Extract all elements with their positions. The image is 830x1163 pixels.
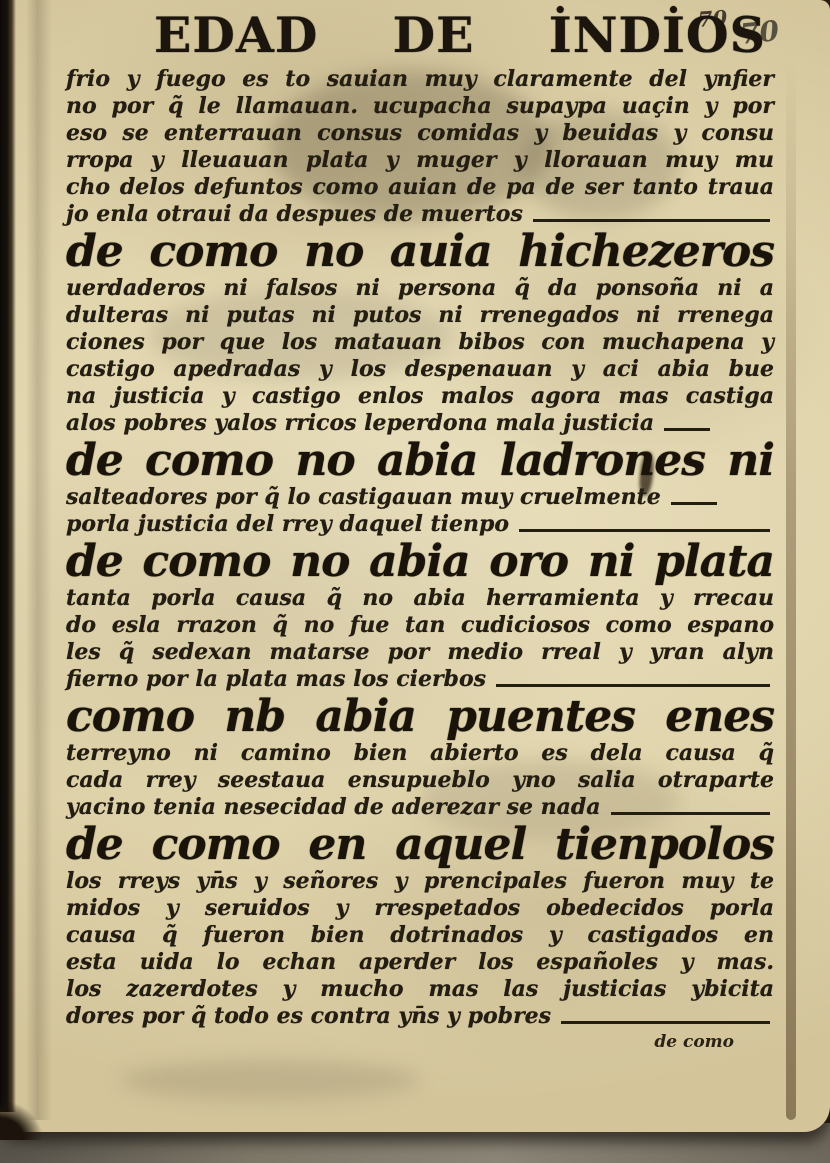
text-line-content: alos pobres yalos rricos leperdona mala … xyxy=(66,410,654,437)
text-line: eso se enterrauan consus comidas y beuid… xyxy=(66,120,774,147)
line-filler-rule xyxy=(611,812,770,815)
text-blocks: frio y fuego es to sauian muy claramente… xyxy=(66,66,774,1030)
text-line: tanta porla causa q̃ no abia herramienta… xyxy=(66,585,774,612)
line-filler-rule xyxy=(671,502,717,505)
text-line: midos y seruidos y rrespetados obedecido… xyxy=(66,895,774,922)
text-line: yacino tenia nesecidad de aderezar se na… xyxy=(66,794,774,821)
text-line-content: fierno por la plata mas los cierbos xyxy=(66,666,486,693)
line-filler-rule xyxy=(561,1021,770,1024)
line-filler-rule xyxy=(519,529,770,532)
manuscript-text: EDAD DE İNDİOS frio y fuego es to sauian… xyxy=(66,6,774,1052)
section-heading: de como no auia hichezeros xyxy=(66,228,774,275)
text-line: dores por q̃ todo es contra yn̄s y pobre… xyxy=(66,1003,774,1030)
text-line: cho delos defuntos como auian de pa de s… xyxy=(66,174,774,201)
text-line: fierno por la plata mas los cierbos xyxy=(66,666,774,693)
manuscript-photo: 70 70 EDAD DE İNDİOS frio y fuego es to … xyxy=(0,0,830,1163)
line-filler-rule xyxy=(496,684,770,687)
text-line: esta uida lo echan aperder los españoles… xyxy=(66,949,774,976)
text-line: dulteras ni putas ni putos ni rrenegados… xyxy=(66,302,774,329)
text-line: porla justicia del rrey daquel tienpo xyxy=(66,511,774,538)
text-line-content: porla justicia del rrey daquel tienpo xyxy=(66,511,509,538)
text-line: los zazerdotes y mucho mas las justicias… xyxy=(66,976,774,1003)
text-line: no por q̃ le llamauan. ucupacha supaypa … xyxy=(66,93,774,120)
text-line-content: salteadores por q̃ lo castigauan muy cru… xyxy=(66,484,661,511)
text-line: ciones por que los matauan bibos con muc… xyxy=(66,329,774,356)
text-line-content: dores por q̃ todo es contra yn̄s y pobre… xyxy=(66,1003,551,1030)
section-heading: de como no abia ladrones ni xyxy=(66,437,774,484)
text-line: frio y fuego es to sauian muy claramente… xyxy=(66,66,774,93)
text-line: castigo apedradas y los despenauan y aci… xyxy=(66,356,774,383)
page-crease xyxy=(26,0,52,1120)
text-line: do esla rrazon q̃ no fue tan cudiciosos … xyxy=(66,612,774,639)
page-edges xyxy=(774,0,830,1132)
catchword: de como xyxy=(66,1032,734,1052)
line-filler-rule xyxy=(664,428,710,431)
page-title: EDAD DE İNDİOS xyxy=(154,6,766,64)
text-line: terreyno ni camino bien abierto es dela … xyxy=(66,740,774,767)
binding-gutter xyxy=(0,0,16,1112)
section-heading: de como no abia oro ni plata xyxy=(66,538,774,585)
text-line: cada rrey seestaua ensupueblo yno salia … xyxy=(66,767,774,794)
text-line: na justicia y castigo enlos malos agora … xyxy=(66,383,774,410)
text-line: les q̃ sedexan matarse por medio rreal y… xyxy=(66,639,774,666)
text-line: jo enla otraui da despues de muertos xyxy=(66,201,774,228)
text-line-content: yacino tenia nesecidad de aderezar se na… xyxy=(66,794,601,821)
text-line: los rreys yn̄s y señores y prencipales f… xyxy=(66,868,774,895)
page-edge-shading xyxy=(786,60,796,1120)
ink-smudge xyxy=(120,1060,420,1100)
text-line: causa q̃ fueron bien dotrinados y castig… xyxy=(66,922,774,949)
section-heading: como nb abia puentes enes xyxy=(66,693,774,740)
section-heading: de como en aquel tienpolos xyxy=(66,821,774,868)
line-filler-rule xyxy=(533,219,770,222)
text-line: uerdaderos ni falsos ni persona q̃ da po… xyxy=(66,275,774,302)
text-line: salteadores por q̃ lo castigauan muy cru… xyxy=(66,484,774,511)
text-line: rropa y lleuauan plata y muger y lloraua… xyxy=(66,147,774,174)
manuscript-page: 70 70 EDAD DE İNDİOS frio y fuego es to … xyxy=(0,0,830,1132)
text-line-content: jo enla otraui da despues de muertos xyxy=(66,201,523,228)
text-line: alos pobres yalos rricos leperdona mala … xyxy=(66,410,774,437)
